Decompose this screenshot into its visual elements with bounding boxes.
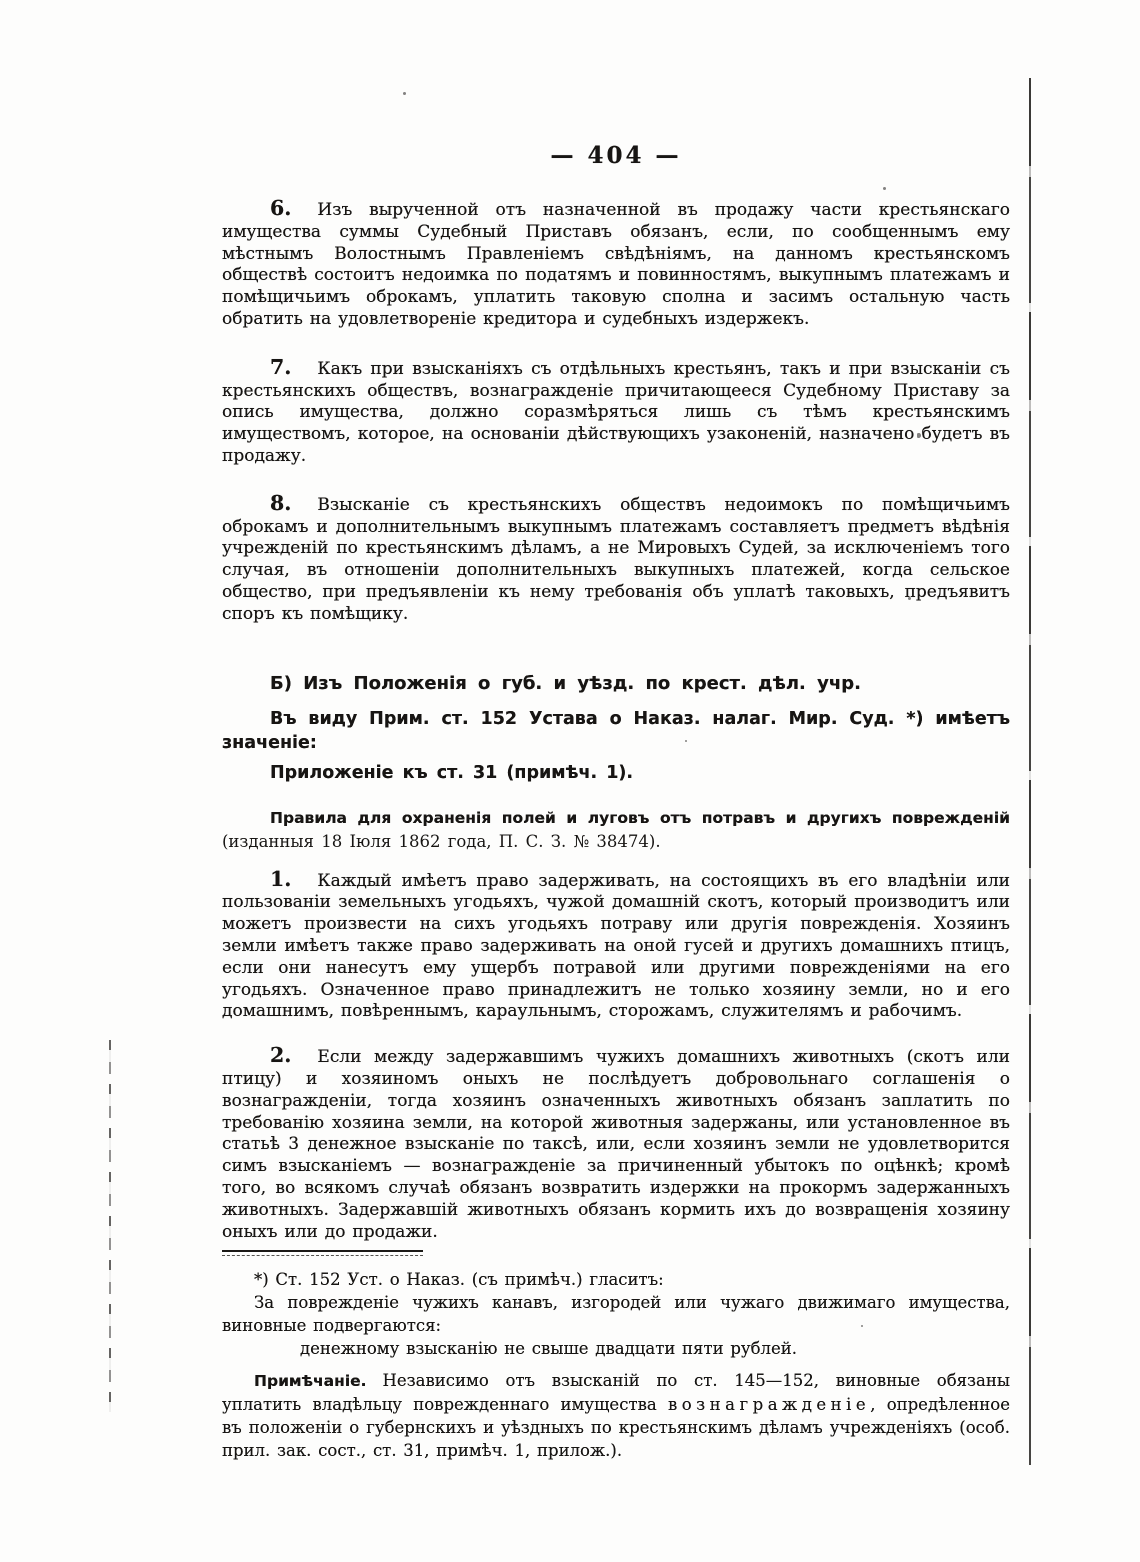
note-label: Примѣчаніе. [254, 1372, 383, 1390]
section-intro: Въ виду Прим. ст. 152 Устава о Наказ. на… [222, 707, 1010, 755]
rule-item-2: 2.Если между задержавшимъ чужихъ домашни… [222, 1045, 1010, 1243]
paragraph-text: Какъ при взысканіяхъ съ отдѣльныхъ крест… [222, 359, 1010, 466]
rules-title: Правила для охраненія полей и луговъ отъ… [222, 806, 1010, 853]
page-edge-line [1029, 78, 1031, 1465]
appendix-heading: Приложеніе къ ст. 31 (примѣч. 1). [222, 761, 1010, 785]
numbered-paragraph-6: 6.Изъ вырученной отъ назначенной въ прод… [222, 198, 1010, 331]
numbered-paragraph-7: 7.Какъ при взысканіяхъ съ отдѣльныхъ кре… [222, 357, 1010, 468]
footnote-separator [222, 1250, 423, 1256]
footnote-note: Примѣчаніе.Независимо отъ взысканій по с… [222, 1369, 1010, 1462]
paragraph-number: 6. [270, 196, 317, 220]
note-spaced-word: вознагражденіе [668, 1395, 870, 1414]
binding-marks [109, 1040, 111, 1412]
footnote-line-3: денежному взысканію не свыше двадцати пя… [222, 1337, 1010, 1360]
footnote-line-2: За поврежденіе чужихъ канавъ, изгородей … [222, 1291, 1010, 1337]
page-number: — 404 — [222, 142, 1010, 169]
rules-title-bold: Правила для охраненія полей и луговъ отъ… [270, 809, 1010, 827]
numbered-paragraph-8: 8.Взысканіе съ крестьянскихъ обществъ не… [222, 493, 1010, 626]
footnote-line-1: *) Ст. 152 Уст. о Наказ. (съ примѣч.) гл… [222, 1268, 1010, 1291]
paragraph-text: Изъ вырученной отъ назначенной въ продаж… [222, 200, 1010, 329]
section-heading: Б) Изъ Положенія о губ. и уѣзд. по крест… [222, 672, 1010, 696]
rule-number: 1. [270, 867, 317, 891]
paragraph-number: 7. [270, 355, 317, 379]
rule-text: Если между задержавшимъ чужихъ домашнихъ… [222, 1047, 1010, 1241]
book-page-scan: — 404 — 6.Изъ вырученной отъ назначенной… [0, 0, 1140, 1562]
rule-item-1: 1.Каждый имѣетъ право задерживать, на со… [222, 869, 1010, 1024]
rule-number: 2. [270, 1043, 317, 1067]
rules-title-note: (изданныя 18 Іюля 1862 года, П. С. З. № … [222, 832, 661, 851]
rule-text: Каждый имѣетъ право задерживать, на сост… [222, 871, 1010, 1022]
paragraph-number: 8. [270, 491, 317, 515]
paragraph-text: Взысканіе съ крестьянскихъ обществъ недо… [222, 495, 1010, 624]
page-content: — 404 — 6.Изъ вырученной отъ назначенной… [222, 0, 1010, 1462]
